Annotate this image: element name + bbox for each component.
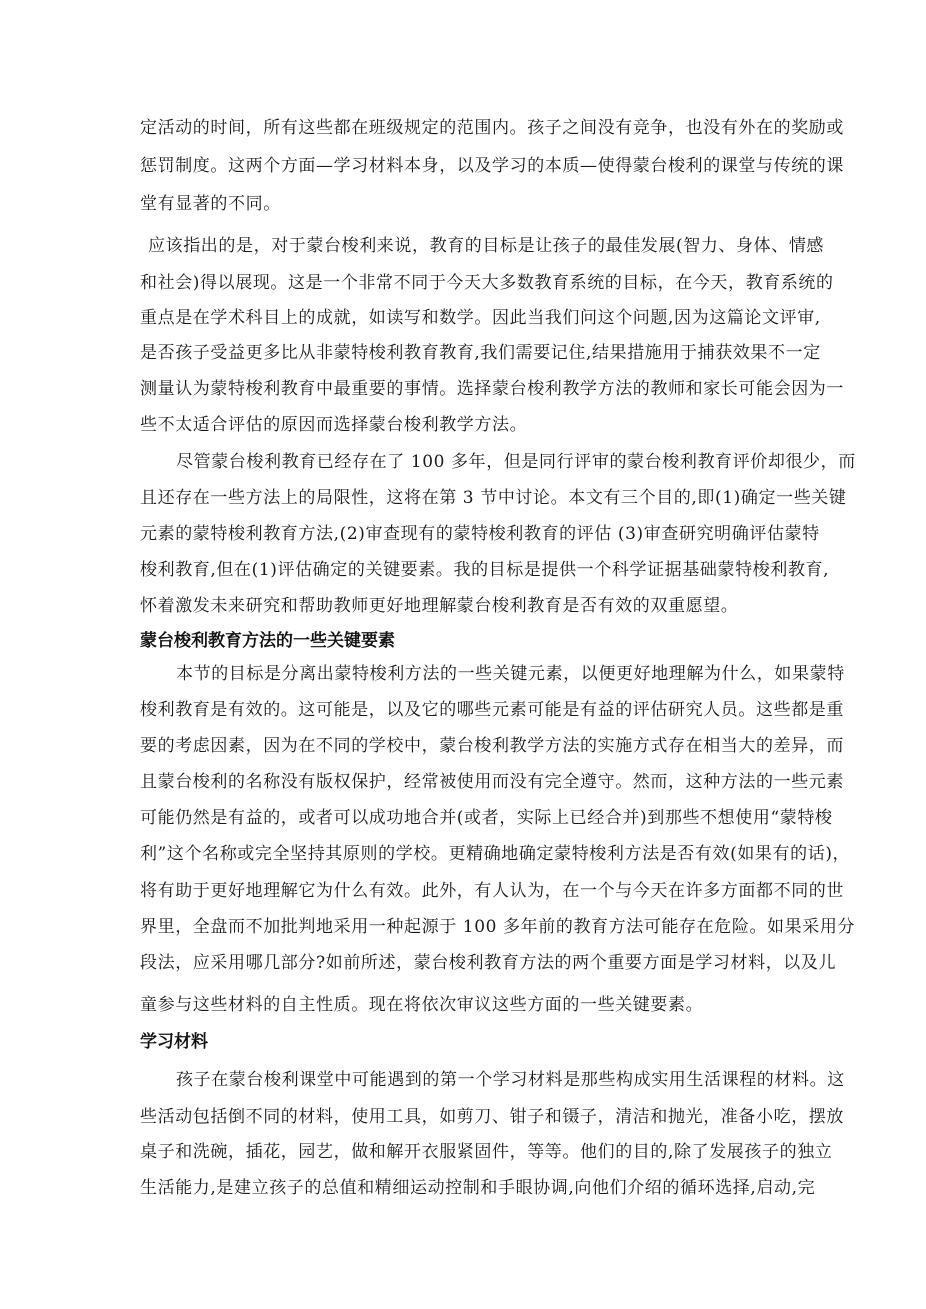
text-line: 堂有显著的不同。 (140, 193, 281, 215)
text-line: 梭利教育,但在(1)评估确定的关键要素。我的目标是提供一个科学证据基础蒙特梭利教… (140, 559, 829, 581)
text-line: 定活动的时间，所有这些都在班级规定的范围内。孩子之间没有竞争，也没有外在的奖励或 (140, 117, 844, 139)
text-line: 且还存在一些方法上的局限性，这将在第 3 节中讨论。本文有三个目的,即(1)确定… (140, 487, 847, 509)
text-line: 生活能力,是建立孩子的总值和精细运动控制和手眼协调,向他们介绍的循环选择,启动,… (140, 1177, 815, 1199)
text-line: 要的考虑因素，因为在不同的学校中，蒙台梭利教学方法的实施方式存在相当大的差异，而 (140, 735, 844, 757)
text-line: 界里，全盘而不加批判地采用一种起源于 100 多年前的教育方法可能存在危险。如果… (140, 916, 855, 938)
document-page: 定活动的时间，所有这些都在班级规定的范围内。孩子之间没有竞争，也没有外在的奖励或… (0, 0, 926, 1309)
text-line: 些不太适合评估的原因而选择蒙台梭利教学方法。 (140, 414, 527, 436)
text-line: 本节的目标是分离出蒙特梭利方法的一些关键元素，以便更好地理解为什么，如果蒙特 (176, 663, 845, 685)
text-line: 怀着激发未来研究和帮助教师更好地理解蒙台梭利教育是否有效的双重愿望。 (140, 595, 738, 617)
text-line: 段法，应采用哪几部分?如前所述，蒙台梭利教育方法的两个重要方面是学习材料，以及儿 (140, 952, 836, 974)
section-heading: 学习材料 (140, 1031, 208, 1053)
section-heading: 蒙台梭利教育方法的一些关键要素 (140, 630, 395, 652)
text-line: 孩子在蒙台梭利课堂中可能遇到的第一个学习材料是那些构成实用生活课程的材料。这 (176, 1069, 845, 1091)
text-line: 是否孩子受益更多比从非蒙特梭利教育教育,我们需要记住,结果措施用于捕获效果不一定 (140, 342, 821, 364)
text-line: 桌子和洗碗，插花，园艺，做和解开衣服紧固件，等等。他们的目的,除了发展孩子的独立 (140, 1141, 832, 1163)
text-line: 些活动包括倒不同的材料，使用工具，如剪刀、钳子和镊子，清洁和抛光，准备小吃，摆放 (140, 1106, 844, 1128)
text-line: 和社会)得以展现。这是一个非常不同于今天大多数教育系统的目标，在今天，教育系统的 (140, 272, 834, 294)
text-line: 应该指出的是，对于蒙台梭利来说，教育的目标是让孩子的最佳发展(智力、身体、情感 (148, 235, 824, 257)
text-line: 惩罚制度。这两个方面—学习材料本身，以及学习的本质—使得蒙台梭利的课堂与传统的课 (140, 155, 844, 177)
text-line: 童参与这些材料的自主性质。现在将依次审议这些方面的一些关键要素。 (140, 994, 703, 1016)
text-line: 元素的蒙特梭利教育方法,(2)审查现有的蒙特梭利教育的评估 (3)审查研究明确评… (140, 523, 820, 545)
text-line: 测量认为蒙特梭利教育中最重要的事情。选择蒙台梭利教学方法的教师和家长可能会因为一 (140, 378, 844, 400)
text-line: 可能仍然是有益的，或者可以成功地合并(或者，实际上已经合并)到那些不想使用“蒙特… (140, 807, 833, 829)
text-line: 重点是在学术科目上的成就，如读写和数学。因此当我们问这个问题,因为这篇论文评审, (140, 307, 821, 329)
text-line: 尽管蒙台梭利教育已经存在了 100 多年，但是同行评审的蒙台梭利教育评价却很少，… (176, 451, 856, 473)
text-line: 利”这个名称或完全坚持其原则的学校。更精确地确定蒙特梭利方法是否有效(如果有的话… (140, 843, 850, 865)
text-line: 将有助于更好地理解它为什么有效。此外，有人认为，在一个与今天在许多方面都不同的世 (140, 880, 844, 902)
text-line: 梭利教育是有效的。这可能是，以及它的哪些元素可能是有益的评估研究人员。这些都是重 (140, 699, 844, 721)
text-line: 且蒙台梭利的名称没有版权保护，经常被使用而没有完全遵守。然而，这种方法的一些元素 (140, 771, 844, 793)
